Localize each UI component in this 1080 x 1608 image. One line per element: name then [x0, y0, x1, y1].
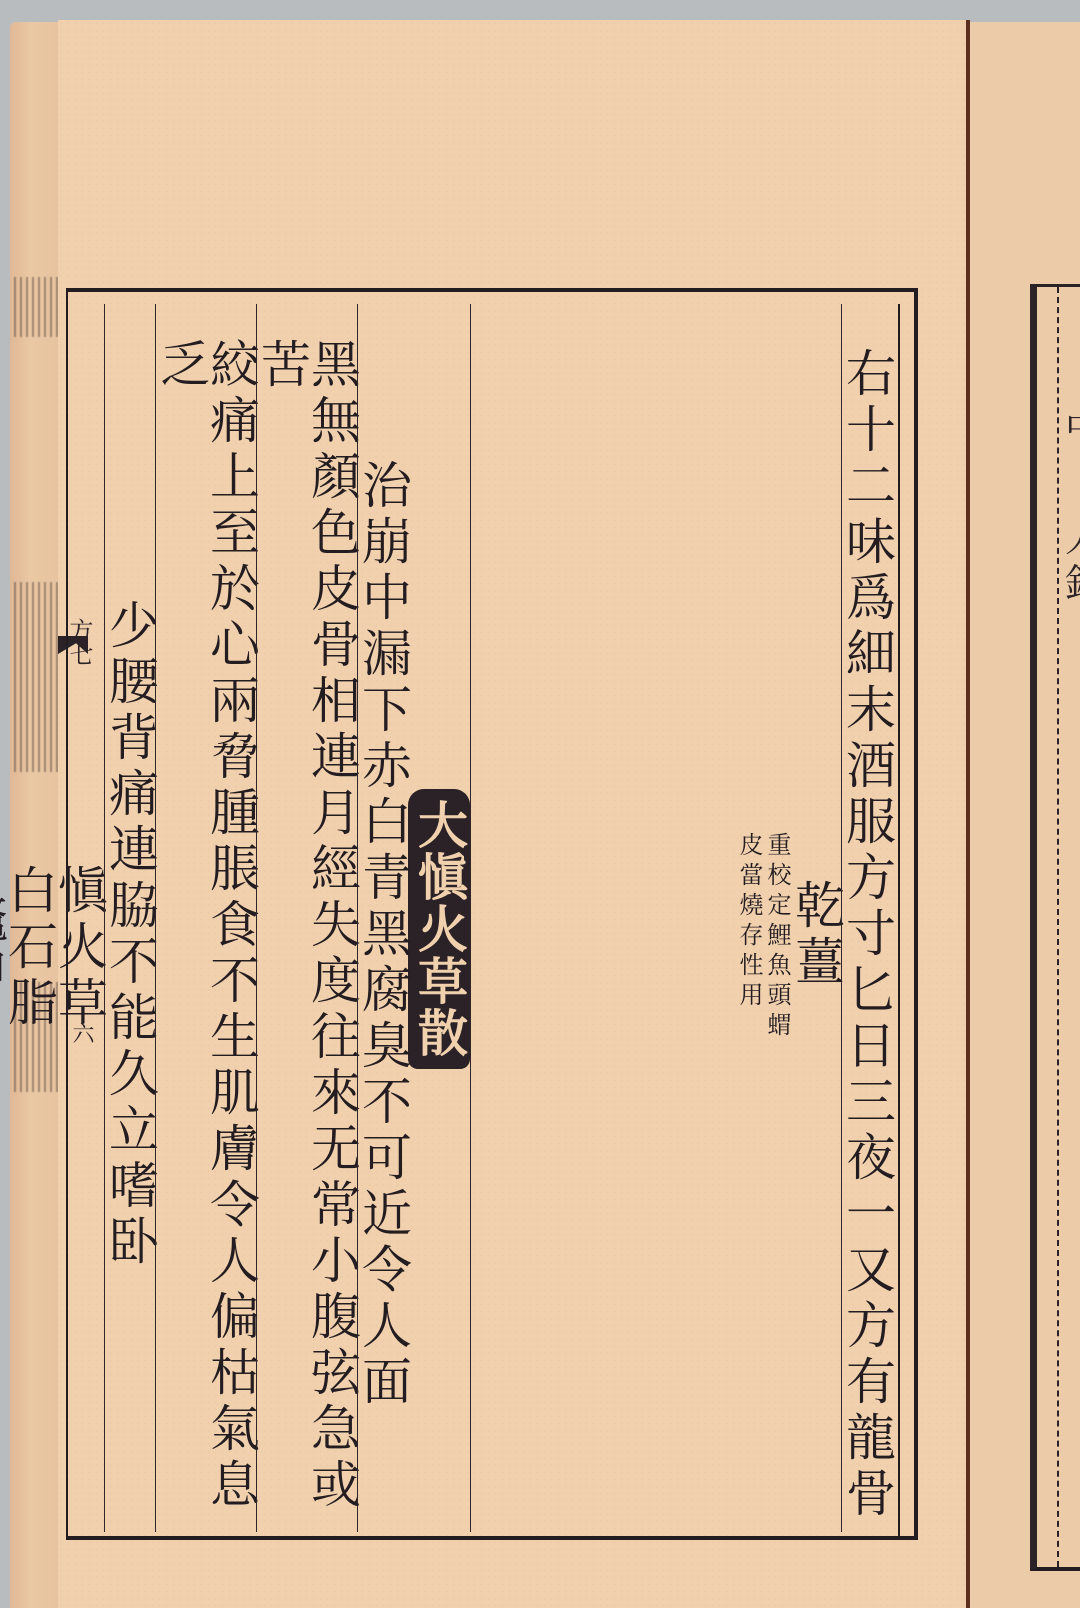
column-text: 黑無顏色皮骨相連月經失度往來无常小腹弦急或苦	[257, 338, 357, 1532]
column-text: 治崩中漏下赤白青黑腐臭不可近令人面	[358, 459, 408, 1411]
text-column: 大愼火草散 治崩中漏下赤白青黑腐臭不可近令人面	[357, 304, 470, 1532]
column-text: 右十二味爲細末酒服方寸匕日三夜一又方有龍骨	[842, 347, 892, 1523]
frame-inner-rule	[898, 304, 900, 1536]
column-text: 乾薑	[791, 879, 841, 991]
facing-page-fragment: 針	[1065, 552, 1080, 607]
prescription-heading: 大愼火草散	[408, 789, 470, 1069]
text-column: 右十二味爲細末酒服方寸匕日三夜一又方有龍骨	[841, 304, 892, 1532]
text-column: 少腰背痛連脇不能久立嗜卧	[104, 304, 155, 1532]
facing-page-fragment: 中	[1065, 397, 1080, 452]
facing-page: 中 人 針	[970, 22, 1080, 1608]
text-column: 乾薑 重校定鯉魚頭蝟 皮當燒存性用	[470, 304, 841, 1532]
ingredient: 白石脂	[4, 864, 54, 1032]
facing-page-frame: 中 人 針	[1030, 284, 1080, 1571]
ingredient: 愼火草	[54, 864, 104, 1032]
facing-page-rule	[1057, 287, 1059, 1567]
printed-frame: 右十二味爲細末酒服方寸匕日三夜一又方有龍骨 乾薑 重校定鯉魚頭蝟 皮當燒存性用 …	[66, 288, 918, 1540]
text-columns: 右十二味爲細末酒服方寸匕日三夜一又方有龍骨 乾薑 重校定鯉魚頭蝟 皮當燒存性用 …	[86, 304, 892, 1532]
ingredient-column: 愼火草 白石脂 鼈甲 乾薑 細辛	[0, 304, 104, 1532]
column-text: 絞痛上至於心兩脅腫脹食不生肌膚令人偏枯氣息乏	[156, 338, 256, 1532]
text-column: 黑無顏色皮骨相連月經失度往來无常小腹弦急或苦	[256, 304, 357, 1532]
column-text: 少腰背痛連脇不能久立嗜卧	[105, 599, 155, 1271]
text-column: 絞痛上至於心兩脅腫脹食不生肌膚令人偏枯氣息乏	[155, 304, 256, 1532]
ingredient: 鼈甲	[0, 892, 4, 1004]
annotation-line: 皮當燒存性用	[737, 832, 761, 1042]
annotation-line: 重校定鯉魚頭蝟	[765, 832, 789, 1042]
double-line-annotation: 重校定鯉魚頭蝟 皮當燒存性用	[471, 832, 791, 1042]
